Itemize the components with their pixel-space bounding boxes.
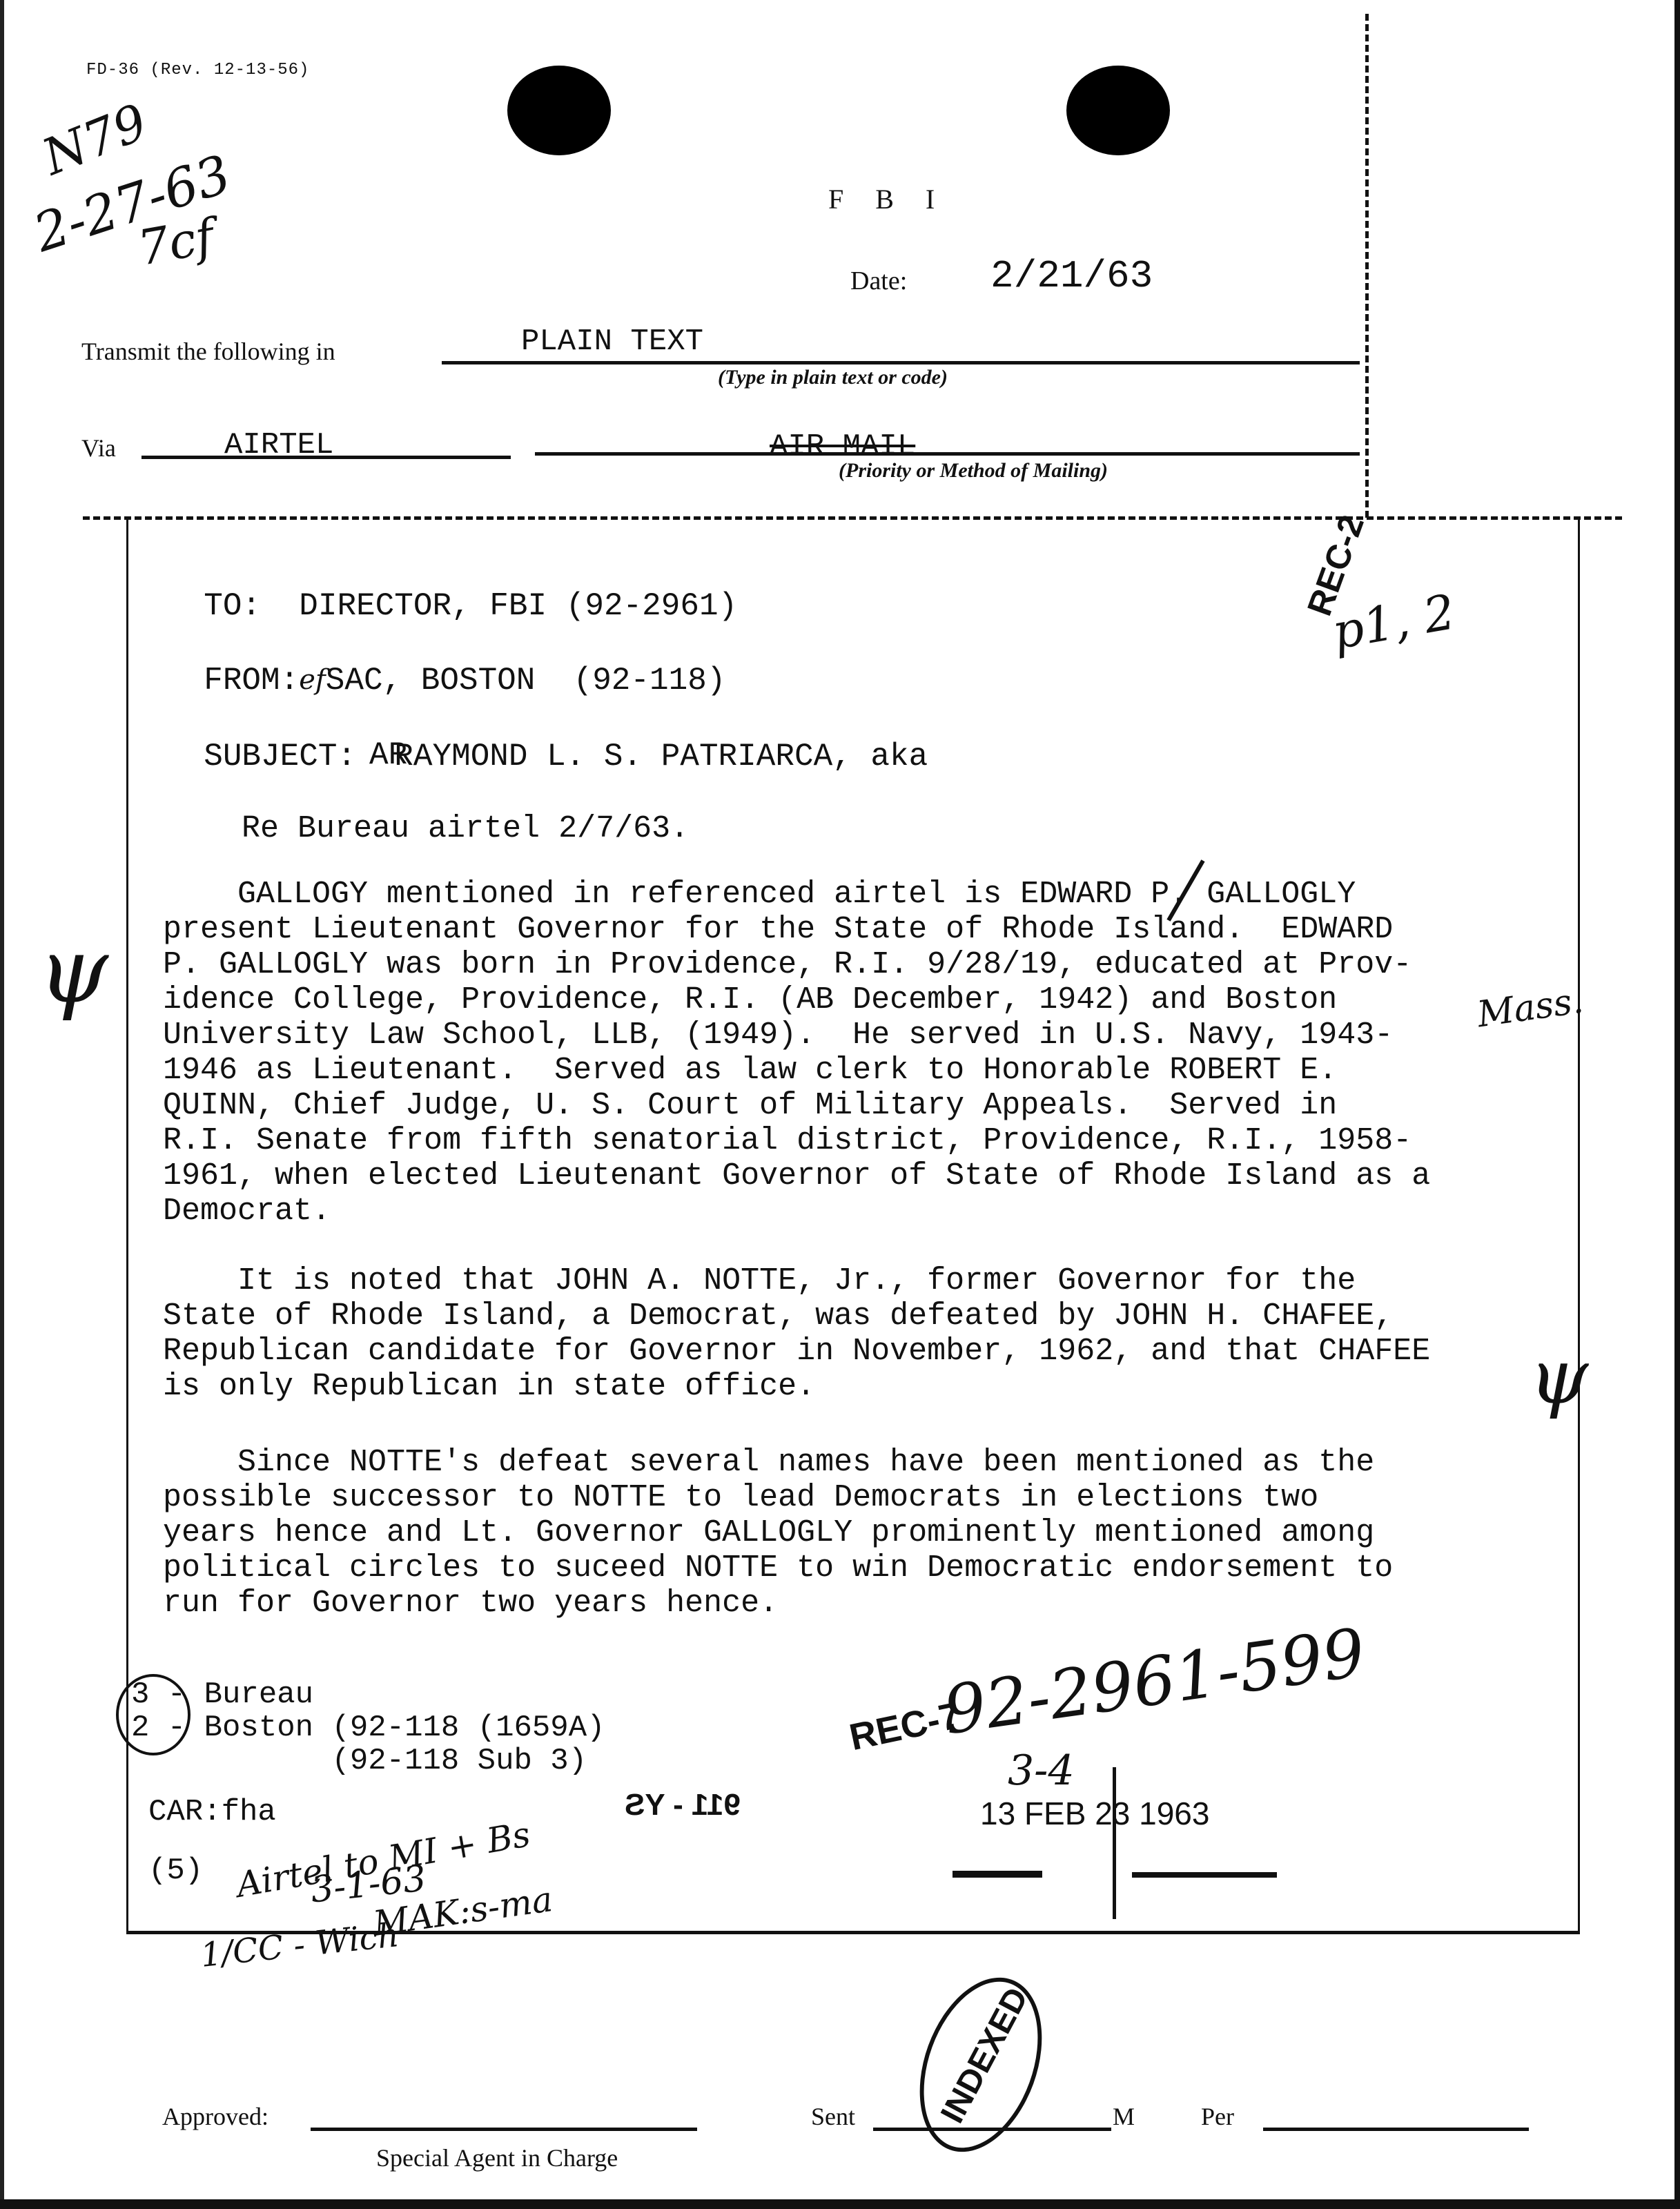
body-line: possible successor to NOTTE to lead Demo… [163,1480,1393,1515]
scan-edge-bottom [0,2199,1680,2209]
date-value: 2/21/63 [990,254,1153,298]
copies-count: (5) [148,1853,203,1888]
from-value: SAC, BOSTON (92-118) [326,663,726,699]
body-line: GALLOGY mentioned in referenced airtel i… [163,877,1430,912]
typist-initials: CAR:fha [148,1795,276,1829]
redaction-blot-left [507,66,611,155]
approved-label: Approved: [162,2102,268,2131]
body-line: political circles to suceed NOTTE to win… [163,1550,1393,1586]
sent-suffix: M [1113,2102,1135,2131]
body-line: run for Governor two years hence. [163,1586,1393,1621]
per-label: Per [1201,2102,1234,2131]
transmit-value: PLAIN TEXT [521,324,703,359]
body-line: Republican candidate for Governor in Nov… [163,1334,1430,1369]
paragraph-1: GALLOGY mentioned in referenced airtel i… [163,877,1430,1229]
sent-field-line[interactable] [873,2128,1111,2131]
transmit-field-line [442,361,1360,364]
distribution-bureau: 3 - Bureau [131,1677,313,1712]
received-stamp: 13 FEB 23 1963 [980,1795,1209,1832]
subject-line-2: AR [369,737,407,773]
per-field-line[interactable] [1263,2128,1529,2131]
stamp-strike-line [1113,1767,1116,1919]
body-line: is only Republican in state office. [163,1369,1430,1404]
priority-field-line [535,452,1360,456]
scan-edge-left [0,0,4,2209]
via-value: AIRTEL [224,428,333,463]
approved-sub-label: Special Agent in Charge [376,2143,618,2172]
transmit-label: Transmit the following in [81,337,335,366]
to-line: TO: DIRECTOR, FBI (92-2961) [166,552,737,624]
body-line: present Lieutenant Governor for the Stat… [163,912,1430,947]
via-label: Via [81,434,116,463]
date-label: Date: [850,266,907,296]
margin-mark-right-icon: ψ [1529,1332,1588,1421]
body-line: Democrat. [163,1194,1430,1229]
transmit-hint: (Type in plain text or code) [718,366,948,389]
stamp-911: 911 - YS [625,1788,741,1822]
form-number: FD-36 (Rev. 12-13-56) [86,61,309,79]
body-line: State of Rhode Island, a Democrat, was d… [163,1298,1430,1334]
priority-hint: (Priority or Method of Mailing) [839,459,1108,483]
from-line: FROM:efSAC, BOSTON (92-118) [166,627,725,699]
distribution-boston: 2 - Boston (92-118 (1659A) [131,1711,605,1745]
body-line: Since NOTTE's defeat several names have … [163,1445,1393,1480]
subject-line: SUBJECT: RAYMOND L. S. PATRIARCA, aka [166,703,928,775]
to-value: DIRECTOR, FBI (92-2961) [299,588,737,624]
dashed-divider-vertical [1365,14,1369,518]
body-line: P. GALLOGLY was born in Providence, R.I.… [163,947,1430,982]
body-line: QUINN, Chief Judge, U. S. Court of Milit… [163,1088,1430,1123]
distribution-boston-sub: (92-118 Sub 3) [131,1744,587,1778]
sent-label: Sent [811,2102,855,2131]
paragraph-2: It is noted that JOHN A. NOTTE, Jr., for… [163,1263,1430,1404]
paragraph-3: Since NOTTE's defeat several names have … [163,1445,1393,1621]
from-initials: ef [299,664,325,696]
from-label: FROM: [204,663,299,699]
reference-line: Re Bureau airtel 2/7/63. [242,811,689,846]
body-line: years hence and Lt. Governor GALLOGLY pr… [163,1515,1393,1550]
handwritten-initials: 7cf [134,208,218,277]
subject-value: RAYMOND L. S. PATRIARCA, aka [394,739,928,775]
body-line: idence College, Providence, R.I. (AB Dec… [163,982,1430,1018]
to-label: TO: [204,588,261,624]
subject-label: SUBJECT: [204,739,356,775]
body-line: It is noted that JOHN A. NOTTE, Jr., for… [163,1263,1430,1298]
stamp-bar-2 [1132,1872,1277,1878]
scan-edge-right [1674,0,1680,2209]
body-line: R.I. Senate from fifth senatorial distri… [163,1123,1430,1158]
body-line: 1961, when elected Lieutenant Governor o… [163,1158,1430,1194]
agency-title: F B I [828,183,947,215]
redaction-blot-right [1066,66,1170,155]
body-line: University Law School, LLB, (1949). He s… [163,1018,1430,1053]
stamp-bar-1 [953,1871,1042,1878]
approved-field-line[interactable] [311,2128,697,2131]
sub-number: 3-4 [1008,1746,1075,1795]
margin-mark-left-icon: ψ [38,918,108,1023]
body-line: 1946 as Lieutenant. Served as law clerk … [163,1053,1430,1088]
